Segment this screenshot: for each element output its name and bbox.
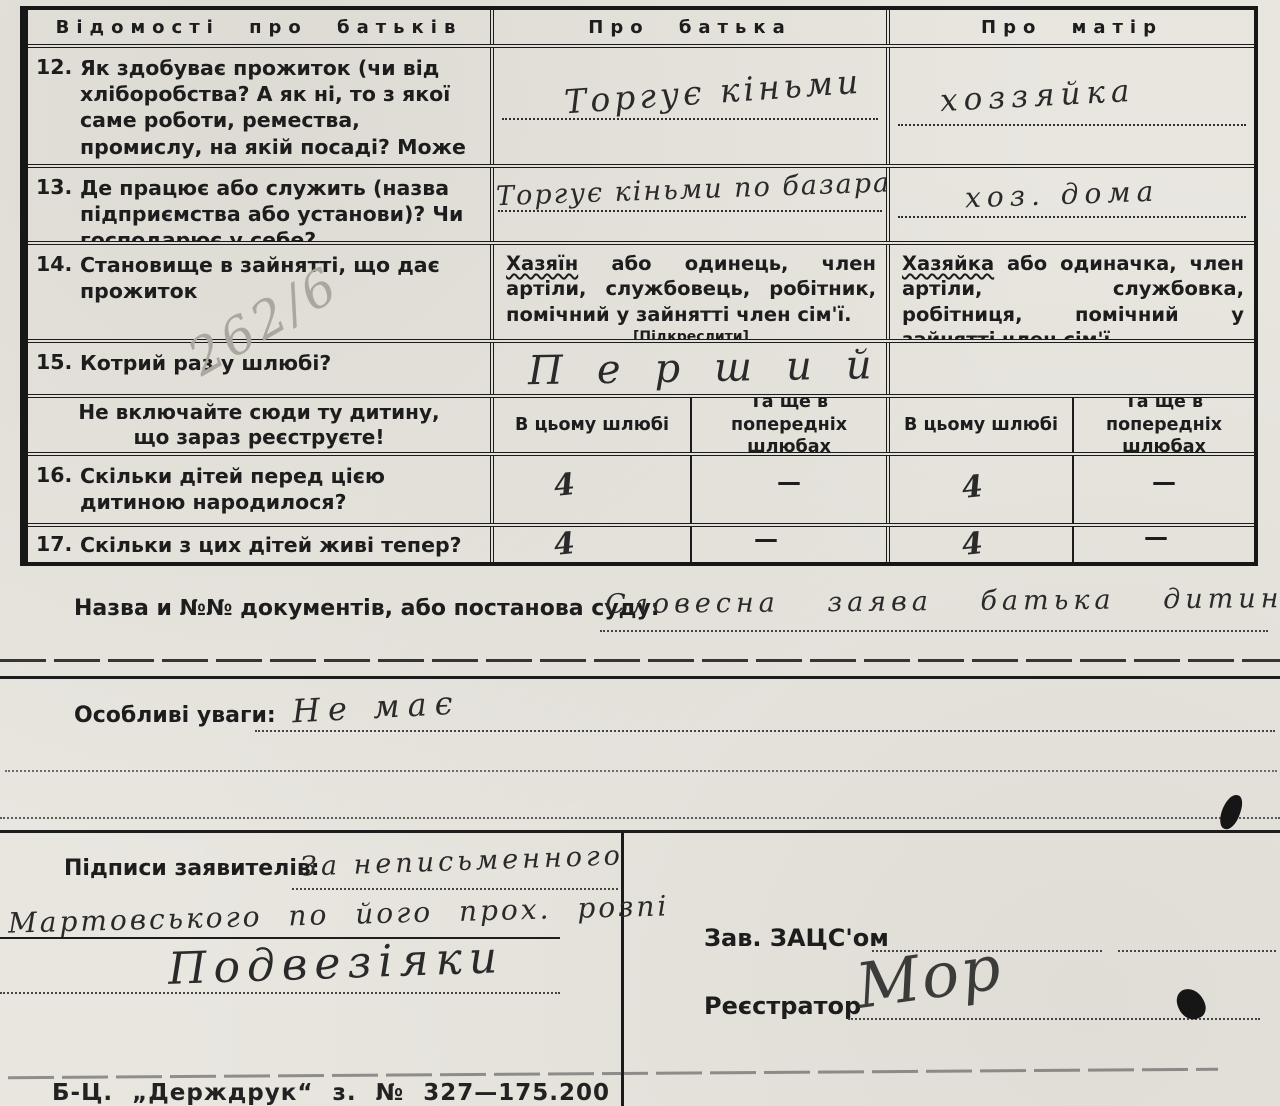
- father-children-subheader: В цьому шлюбі Та ще в попередніх шлюбах: [490, 398, 886, 452]
- question-17-text: Скільки з цих дітей живі тепер?: [80, 532, 486, 562]
- question-13-text: Де працює або служить (назва підприємств…: [80, 175, 486, 241]
- question-16-number: 16.: [36, 463, 80, 523]
- father-children-this-16: 4: [494, 456, 690, 523]
- mother-alive-this-17: 4: [890, 527, 1072, 562]
- blank-dotted-line-1: [5, 770, 1277, 772]
- mother-children-this-16: 4: [890, 456, 1072, 523]
- mother-occupation-handwriting: хоззяйка: [939, 73, 1136, 119]
- dash-handwriting: —: [777, 468, 801, 496]
- father-alive-prev-17: —: [690, 527, 886, 562]
- father-status-underlined: Хазяїн: [506, 252, 578, 275]
- father-answer-13: Торгує кіньми по базарах: [490, 168, 886, 241]
- signature-handwriting-line2: Мартовського по його прох. розпі: [8, 889, 670, 939]
- father-prev-marriages-header: Та ще в попередніх шлюбах: [690, 398, 886, 452]
- signature-handwriting-line1: За неписьменного: [300, 840, 625, 882]
- answer-line: [898, 216, 1246, 218]
- exclude-child-note: Не включайте сюди ту дитину, що зараз ре…: [28, 398, 490, 452]
- remarks-handwriting: Не має: [291, 684, 461, 731]
- signatures-top-rule: [0, 830, 1280, 833]
- answer-line: [502, 118, 878, 120]
- question-17-number: 17.: [36, 532, 80, 562]
- underline-instruction: [Підкреслити]: [506, 328, 876, 339]
- question-15-number: 15.: [36, 350, 80, 394]
- mother-children-16: 4 —: [886, 456, 1254, 523]
- mother-children-17: 4 —: [886, 527, 1254, 562]
- father-occupation-handwriting: Торгує кіньми: [563, 62, 863, 122]
- header-cell-info: Відомості про батьків: [28, 10, 490, 44]
- mother-children-subheader: В цьому шлюбі Та ще в попередніх шлюбах: [886, 398, 1254, 452]
- footer-imprint: Б-Ц. „Держдрук“ з. № 327—175.200: [52, 1080, 610, 1106]
- answer-line: [498, 210, 882, 212]
- father-alive-this-17: 4: [494, 527, 690, 562]
- question-17: 17. Скільки з цих дітей живі тепер?: [28, 527, 490, 562]
- mother-prev-marriages-header: Та ще в попередніх шлюбах: [1072, 398, 1254, 452]
- father-children-16: 4 —: [490, 456, 886, 523]
- children-subheader-row: Не включайте сюди ту дитину, що зараз ре…: [28, 394, 1254, 452]
- signature-line-1: [292, 888, 618, 890]
- row-12: 12. Як здобуває прожиток (чи від хліборо…: [28, 48, 1254, 164]
- zags-head-label: Зав. ЗАЦС'ом: [704, 924, 889, 952]
- mother-answer-12: хоззяйка: [886, 48, 1254, 164]
- question-12: 12. Як здобуває прожиток (чи від хліборо…: [28, 48, 490, 164]
- mother-children-prev-16: —: [1072, 456, 1254, 523]
- registry-form-page: Відомості про батьків Про батька Про мат…: [0, 0, 1280, 1106]
- question-12-number: 12.: [36, 55, 80, 164]
- separator-solid-line: [0, 676, 1280, 679]
- documents-label: Назва и №№ документів, або постанова суд…: [74, 596, 660, 621]
- header-cell-father: Про батька: [490, 10, 886, 44]
- signatures-label: Підписи заявителів:: [64, 856, 320, 881]
- footer-faint-line: [8, 1068, 1218, 1079]
- dash-handwriting: —: [754, 527, 778, 553]
- mother-answer-13: хоз. дома: [886, 168, 1254, 241]
- question-12-text: Як здобуває прожиток (чи від хліборобств…: [80, 55, 486, 164]
- row-16: 16. Скільки дітей перед цією дитиною нар…: [28, 452, 1254, 523]
- mother-status-underlined: Хазяйка: [902, 252, 994, 275]
- documents-handwriting: Словесна заява батька дитини: [605, 583, 1280, 620]
- documents-dotted-line: [600, 630, 1268, 632]
- remarks-label: Особливі уваги:: [74, 703, 276, 728]
- mother-workplace-handwriting: хоз. дома: [964, 175, 1159, 215]
- registrar-label: Реєстратор: [704, 992, 861, 1020]
- marriage-number-handwriting: Перший: [528, 342, 906, 395]
- father-workplace-handwriting: Торгує кіньми по базарах: [496, 168, 886, 212]
- header-cell-mother: Про матір: [886, 10, 1254, 44]
- father-answer-12: Торгує кіньми: [490, 48, 886, 164]
- parents-info-table: Відомості про батьків Про батька Про мат…: [20, 6, 1258, 566]
- row-17: 17. Скільки з цих дітей живі тепер? 4 — …: [28, 523, 1254, 562]
- answer-line: [898, 124, 1246, 126]
- mother-answer-15: [886, 343, 1254, 394]
- row-13: 13. Де працює або служить (назва підприє…: [28, 164, 1254, 241]
- dash-handwriting: —: [1152, 468, 1176, 496]
- zags-head-line-b: [1118, 950, 1276, 952]
- signatures-vertical-divider: [621, 833, 624, 1106]
- father-status-options: Хазяїн або одинець, член артіли, службов…: [490, 245, 886, 339]
- mother-alive-prev-17: —: [1072, 527, 1254, 562]
- count-handwriting: 4: [552, 527, 576, 562]
- dash-handwriting: —: [1144, 527, 1168, 551]
- mother-status-options: Хазяйка або одиначка, член артіли, служб…: [886, 245, 1254, 339]
- father-children-17: 4 —: [490, 527, 886, 562]
- father-children-prev-16: —: [690, 456, 886, 523]
- signature-line-3: [0, 992, 560, 994]
- ink-blot: [1217, 792, 1245, 832]
- father-this-marriage-header: В цьому шлюбі: [494, 398, 690, 452]
- separator-dashed-line: [0, 659, 1280, 662]
- table-header-row: Відомості про батьків Про батька Про мат…: [28, 10, 1254, 48]
- question-16-text: Скільки дітей перед цією дитиною народил…: [80, 463, 486, 523]
- question-14-number: 14.: [36, 252, 80, 339]
- blank-dotted-line-2: [0, 817, 1280, 819]
- question-13: 13. Де працює або служить (назва підприє…: [28, 168, 490, 241]
- question-16: 16. Скільки дітей перед цією дитиною нар…: [28, 456, 490, 523]
- mother-this-marriage-header: В цьому шлюбі: [890, 398, 1072, 452]
- signature-handwriting-line3: Подвезіяки: [167, 932, 505, 995]
- count-handwriting: 4: [960, 527, 984, 562]
- question-13-number: 13.: [36, 175, 80, 241]
- count-handwriting: 4: [552, 467, 576, 504]
- question-15-text: Котрий раз у шлюбі?: [80, 350, 486, 394]
- remarks-dotted-line: [255, 730, 1275, 732]
- count-handwriting: 4: [960, 469, 984, 506]
